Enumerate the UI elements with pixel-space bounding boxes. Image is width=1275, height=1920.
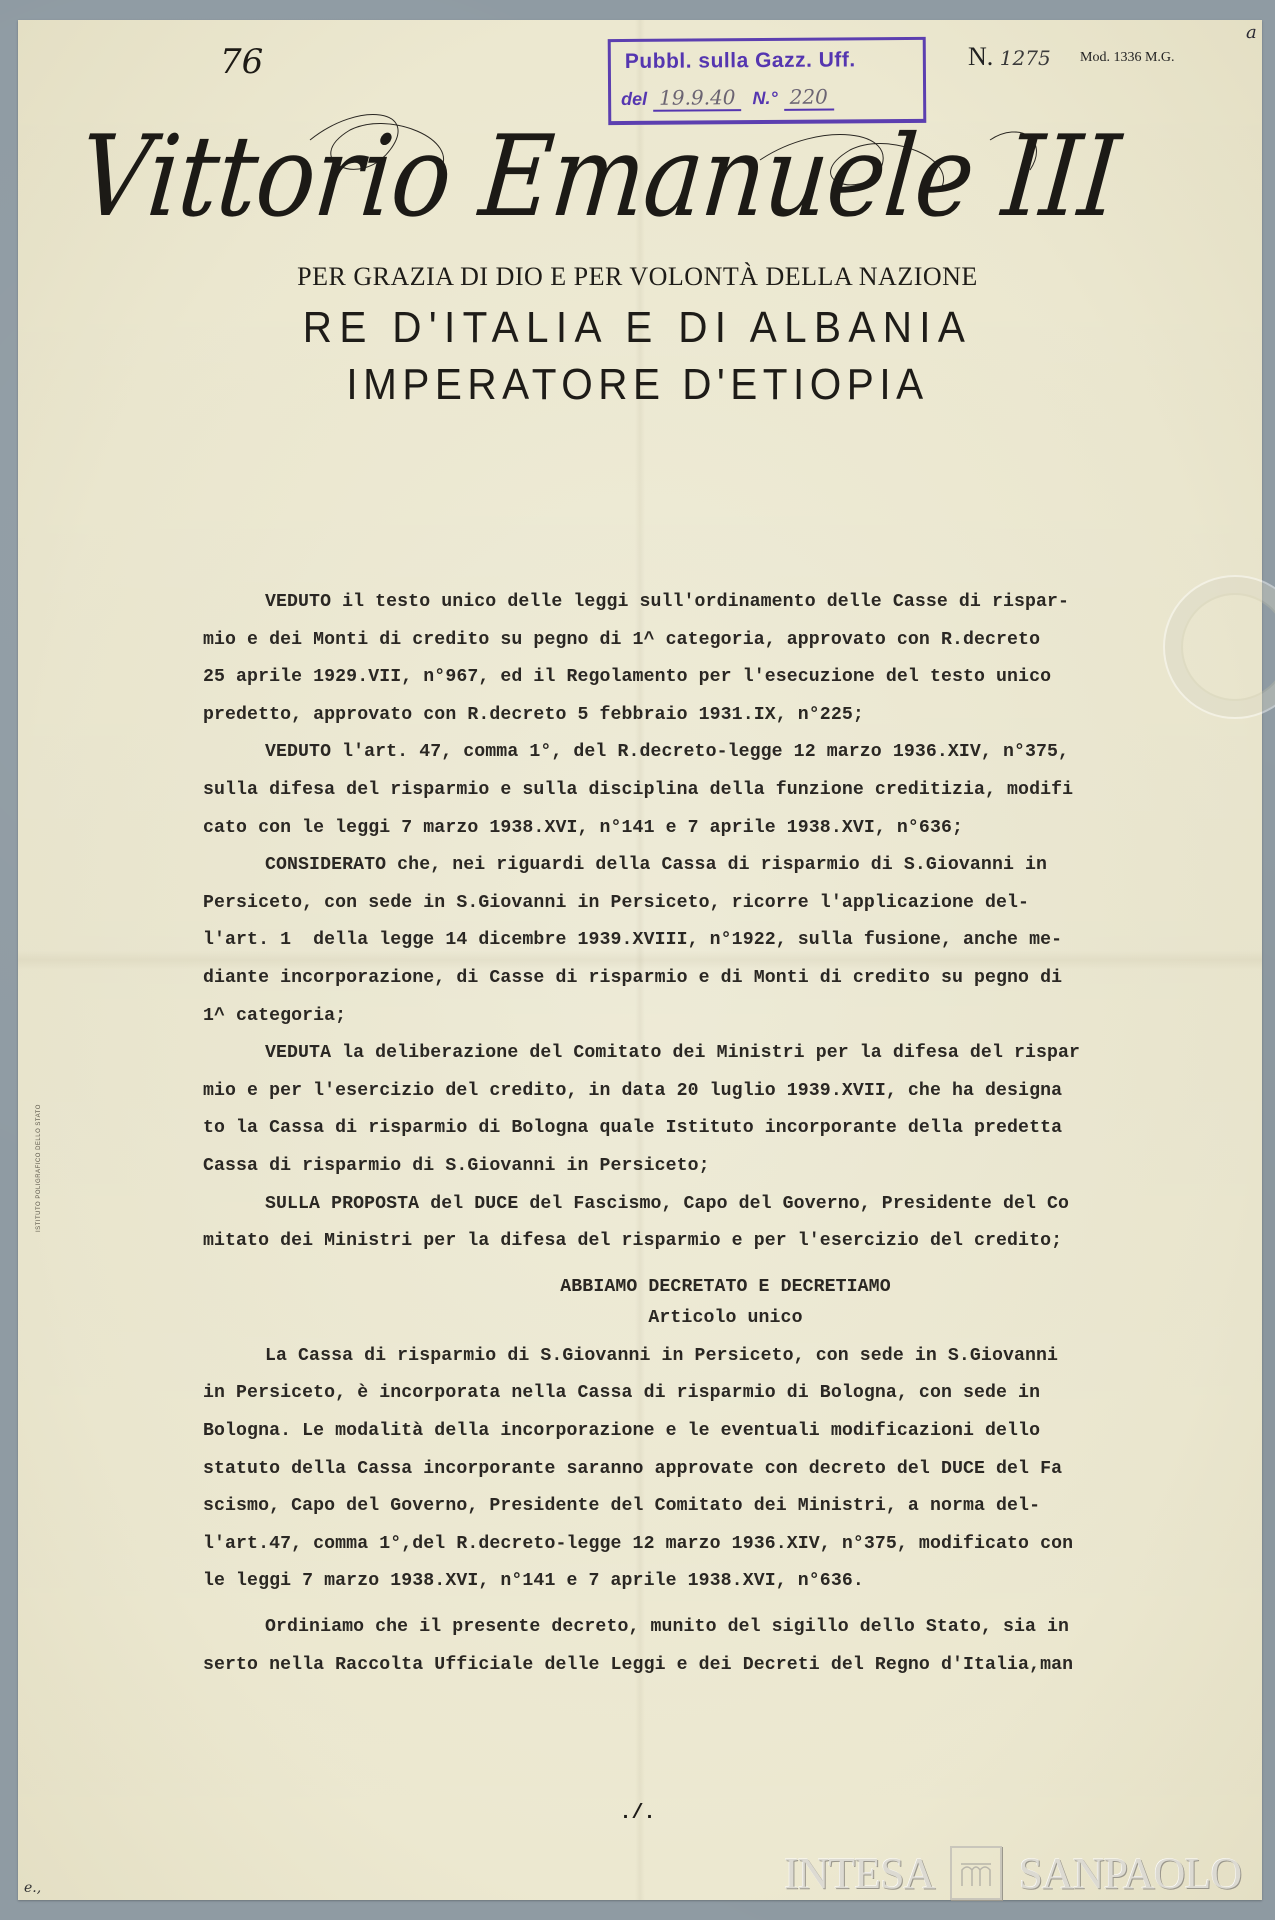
body-line: l'art. 1 della legge 14 dicembre 1939.XV… xyxy=(203,922,1248,960)
body-line: Ordiniamo che il presente decreto, munit… xyxy=(203,1609,1248,1647)
decree-body: VEDUTO il testo unico delle leggi sull'o… xyxy=(203,584,1248,1684)
body-line: CONSIDERATO che, nei riguardi della Cass… xyxy=(203,847,1248,885)
body-line: 25 aprile 1929.VII, n°967, ed il Regolam… xyxy=(203,659,1248,697)
body-line: statuto della Cassa incorporante saranno… xyxy=(203,1451,1248,1489)
stamp-number-label: N.° xyxy=(752,88,777,108)
letterhead-title: Vittorio Emanuele III xyxy=(74,112,1089,242)
body-line: sulla difesa del risparmio e sulla disci… xyxy=(203,772,1248,810)
letterhead-subtitle-emperor: IMPERATORE D'ETIOPIA xyxy=(51,360,1224,410)
stamp-number-value: 220 xyxy=(784,85,834,111)
document-number-value: 1275 xyxy=(1000,46,1051,70)
stamp-details: del19.9.40 N.°220 xyxy=(621,84,917,112)
body-line: cato con le leggi 7 marzo 1938.XVI, n°14… xyxy=(203,810,1248,848)
body-line: l'art.47, comma 1°,del R.decreto-legge 1… xyxy=(203,1526,1248,1564)
bridge-logo-icon xyxy=(950,1846,1002,1900)
body-line: La Cassa di risparmio di S.Giovanni in P… xyxy=(203,1338,1248,1376)
handwritten-initial: e., xyxy=(24,1880,41,1896)
watermark-left-text: INTESA xyxy=(784,1848,934,1899)
document-number: N. 1275 xyxy=(968,42,1051,72)
stamp-del-label: del xyxy=(621,89,647,109)
body-line: VEDUTO il testo unico delle leggi sull'o… xyxy=(203,584,1248,622)
intesa-sanpaolo-watermark: INTESA SANPAOLO xyxy=(784,1848,1241,1898)
document-number-prefix: N. xyxy=(968,42,993,71)
body-line: le leggi 7 marzo 1938.XVI, n°141 e 7 apr… xyxy=(203,1563,1248,1601)
folio-number: 76 xyxy=(220,42,263,82)
body-line: predetto, approvato con R.decreto 5 febb… xyxy=(203,697,1248,735)
body-line: mitato dei Ministri per la difesa del ri… xyxy=(203,1223,1248,1261)
body-line: 1^ categoria; xyxy=(203,998,1248,1036)
body-line: VEDUTA la deliberazione del Comitato dei… xyxy=(203,1035,1248,1073)
body-line: mio e per l'esercizio del credito, in da… xyxy=(203,1073,1248,1111)
body-line: scismo, Capo del Governo, Presidente del… xyxy=(203,1488,1248,1526)
body-line: Bologna. Le modalità della incorporazion… xyxy=(203,1413,1248,1451)
watermark-right-text: SANPAOLO xyxy=(1018,1848,1241,1899)
body-line: Persiceto, con sede in S.Giovanni in Per… xyxy=(203,885,1248,923)
body-line: to la Cassa di risparmio di Bologna qual… xyxy=(203,1110,1248,1148)
model-code: Mod. 1336 M.G. xyxy=(1080,50,1175,66)
article-heading: Articolo unico xyxy=(203,1300,1248,1338)
body-line: SULLA PROPOSTA del DUCE del Fascismo, Ca… xyxy=(203,1186,1248,1224)
letterhead-subtitle-king: RE D'ITALIA E DI ALBANIA xyxy=(51,303,1224,353)
printer-margin-text: ISTITUTO POLIGRAFICO DELLO STATO xyxy=(36,1104,42,1232)
body-line: VEDUTO l'art. 47, comma 1°, del R.decret… xyxy=(203,734,1248,772)
body-line: in Persiceto, è incorporata nella Cassa … xyxy=(203,1375,1248,1413)
stamp-date-value: 19.9.40 xyxy=(653,85,742,112)
corner-mark: a xyxy=(1246,22,1257,43)
letterhead-subtitle-grace: PER GRAZIA DI DIO E PER VOLONTÀ DELLA NA… xyxy=(0,262,1275,292)
continuation-mark: ./. xyxy=(0,1802,1275,1825)
stamp-heading: Pubbl. sulla Gazz. Uff. xyxy=(625,48,856,74)
body-line: mio e dei Monti di credito su pegno di 1… xyxy=(203,622,1248,660)
body-line: Cassa di risparmio di S.Giovanni in Pers… xyxy=(203,1148,1248,1186)
body-line: diante incorporazione, di Casse di rispa… xyxy=(203,960,1248,998)
body-line: serto nella Raccolta Ufficiale delle Leg… xyxy=(203,1647,1248,1685)
